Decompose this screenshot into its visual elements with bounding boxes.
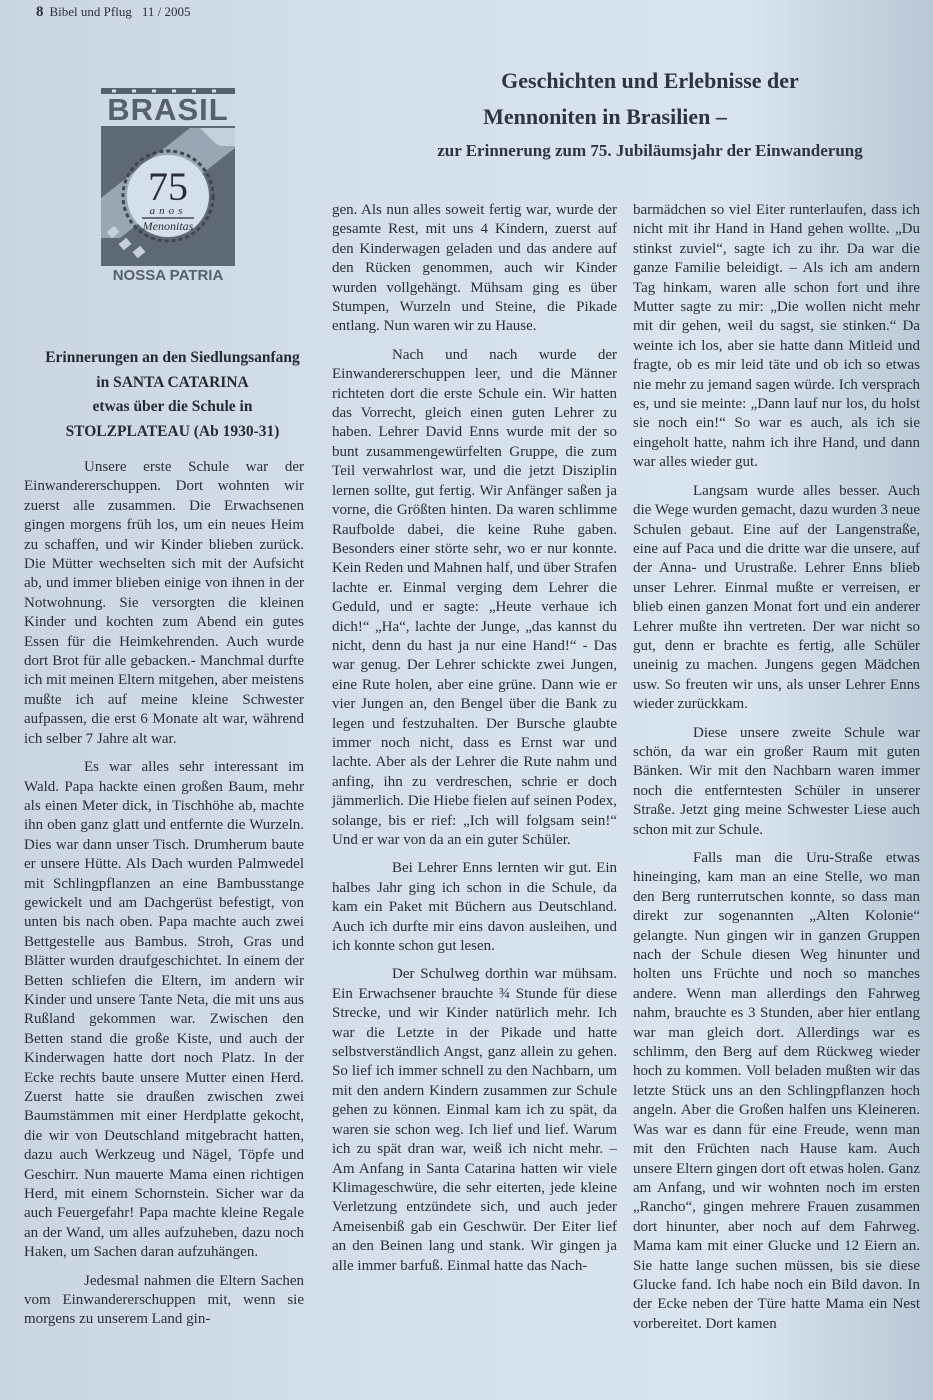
page-number: 8 (36, 4, 44, 20)
svg-text:BRASIL: BRASIL (107, 92, 228, 127)
publication-name: Bibel und Pflug (50, 4, 132, 19)
running-head: 8Bibel und Pflug11 / 2005 (36, 4, 190, 21)
svg-text:anos: anos (150, 205, 187, 217)
paragraph: Unsere erste Schule war der Einwanderers… (24, 458, 304, 749)
paragraph: Langsam wurde alles besser. Auch die Weg… (633, 482, 920, 715)
paragraph: Diese unsere zweite Schule war schön, da… (633, 724, 920, 840)
issue-number: 11 / 2005 (142, 4, 191, 19)
text-column-2: gen. Als nun alles soweit fertig war, wu… (332, 201, 617, 1285)
svg-text:Menonitas: Menonitas (142, 219, 194, 233)
brasil-75-anos-logo: BRASIL 75 anos Menonitas NOSSA PATRIA (100, 88, 236, 282)
paragraph: barmädchen so viel Eiter runterlaufen, d… (633, 201, 920, 473)
title-subtitle: zur Erinnerung zum 75. Jubiläumsjahr der… (370, 136, 930, 166)
paragraph: Jedesmal nahmen die Eltern Sachen vom Ei… (24, 1272, 304, 1330)
paragraph: Bei Lehrer Enns lernten wir gut. Ein hal… (332, 859, 617, 956)
subhead-line-2: in SANTA CATARINA (30, 371, 315, 396)
svg-text:75: 75 (148, 164, 188, 209)
logo-graphic-icon: BRASIL 75 anos Menonitas NOSSA PATRIA (100, 88, 236, 282)
subhead-line-3: etwas über die Schule in (30, 395, 315, 420)
paragraph: Der Schulweg dorthin war mühsam. Ein Erw… (332, 965, 617, 1276)
section-subhead: Erinnerungen an den Siedlungsanfang in S… (30, 346, 315, 444)
article-title: Geschichten und Erlebnisse der Mennonite… (330, 64, 930, 166)
subhead-line-1: Erinnerungen an den Siedlungsanfang (30, 346, 315, 371)
svg-text:NOSSA PATRIA: NOSSA PATRIA (113, 267, 224, 282)
paragraph: Nach und nach wurde der Einwandererschup… (332, 346, 617, 851)
paragraph: Es war alles sehr interessant im Wald. P… (24, 758, 304, 1263)
title-line-1: Geschichten und Erlebnisse der (370, 64, 930, 98)
paragraph: Falls man die Uru-Straße etwas hineingin… (633, 849, 920, 1334)
subhead-line-4: STOLZPLATEAU (Ab 1930-31) (30, 420, 315, 445)
paragraph: gen. Als nun alles soweit fertig war, wu… (332, 201, 617, 337)
text-column-3: barmädchen so viel Eiter runterlaufen, d… (633, 201, 920, 1343)
text-column-1: Unsere erste Schule war der Einwanderers… (24, 458, 304, 1339)
title-line-2: Mennoniten in Brasilien – (280, 98, 930, 136)
